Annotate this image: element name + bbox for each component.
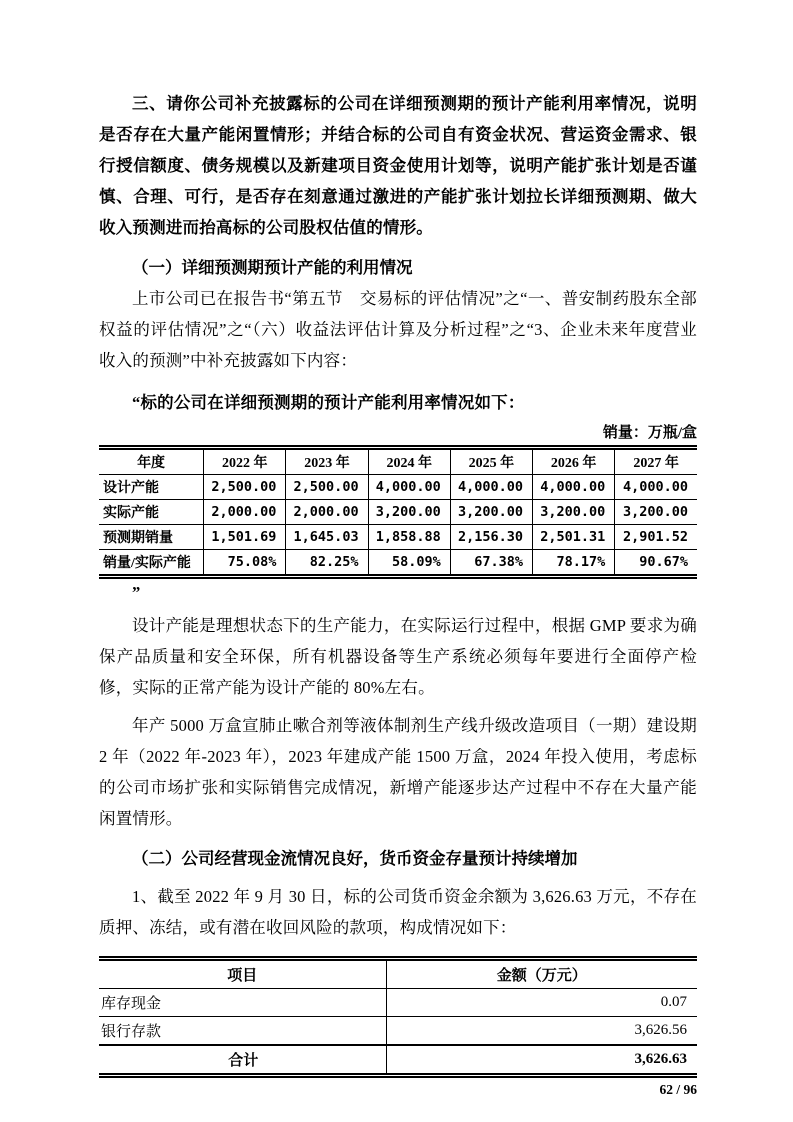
table-cell: 2,901.52 bbox=[615, 525, 697, 550]
table-cell: 3,200.00 bbox=[615, 500, 697, 525]
cash-table-row: 库存现金 0.07 bbox=[99, 989, 697, 1017]
quote-open-line: “标的公司在详细预测期的预计产能利用率情况如下： bbox=[99, 387, 697, 418]
cash-table-total-row: 合计 3,626.63 bbox=[99, 1045, 697, 1076]
table-cell: 2,500.00 bbox=[204, 475, 286, 500]
capacity-header-cell: 2024 年 bbox=[368, 448, 450, 475]
project-construction-paragraph: 年产 5000 万盒宣肺止嗽合剂等液体制剂生产线升级改造项目（一期）建设期 2 … bbox=[99, 710, 697, 834]
capacity-table-row: 设计产能 2,500.00 2,500.00 4,000.00 4,000.00… bbox=[99, 475, 697, 500]
capacity-header-cell: 2027 年 bbox=[615, 448, 697, 475]
row-label: 预测期销量 bbox=[99, 525, 204, 550]
table-cell: 82.25% bbox=[286, 550, 368, 577]
cash-table-row: 银行存款 3,626.56 bbox=[99, 1017, 697, 1046]
quote-close-mark: ” bbox=[99, 582, 697, 604]
table-cell: 1,501.69 bbox=[204, 525, 286, 550]
capacity-table-row: 实际产能 2,000.00 2,000.00 3,200.00 3,200.00… bbox=[99, 500, 697, 525]
table-cell: 0.07 bbox=[386, 989, 697, 1017]
table-unit-note: 销量：万瓶/盒 bbox=[99, 423, 697, 443]
section-1-heading: （一）详细预测期预计产能的利用情况 bbox=[99, 252, 697, 283]
capacity-table-row: 销量/实际产能 75.08% 82.25% 58.09% 67.38% 78.1… bbox=[99, 550, 697, 577]
table-cell: 3,626.56 bbox=[386, 1017, 697, 1046]
table-cell: 78.17% bbox=[533, 550, 615, 577]
table-cell: 3,200.00 bbox=[450, 500, 532, 525]
capacity-utilization-table: 年度 2022 年 2023 年 2024 年 2025 年 2026 年 20… bbox=[99, 445, 697, 579]
table-cell: 2,000.00 bbox=[204, 500, 286, 525]
design-capacity-paragraph: 设计产能是理想状态下的生产能力，在实际运行过程中，根据 GMP 要求为确保产品质… bbox=[99, 610, 697, 703]
capacity-table-row: 预测期销量 1,501.69 1,645.03 1,858.88 2,156.3… bbox=[99, 525, 697, 550]
table-cell: 2,000.00 bbox=[286, 500, 368, 525]
question-paragraph: 三、请你公司补充披露标的公司在详细预测期的预计产能利用率情况，说明是否存在大量产… bbox=[99, 88, 697, 243]
disclosure-reference-paragraph: 上市公司已在报告书“第五节 交易标的评估情况”之“一、普安制药股东全部权益的评估… bbox=[99, 283, 697, 376]
page-content: 三、请你公司补充披露标的公司在详细预测期的预计产能利用率情况，说明是否存在大量产… bbox=[99, 88, 697, 1099]
table-cell: 4,000.00 bbox=[450, 475, 532, 500]
table-cell: 90.67% bbox=[615, 550, 697, 577]
cash-balance-paragraph: 1、截至 2022 年 9 月 30 日，标的公司货币资金余额为 3,626.6… bbox=[99, 881, 697, 943]
row-label: 设计产能 bbox=[99, 475, 204, 500]
table-cell: 2,500.00 bbox=[286, 475, 368, 500]
table-cell: 58.09% bbox=[368, 550, 450, 577]
capacity-header-cell: 2023 年 bbox=[286, 448, 368, 475]
table-cell: 3,200.00 bbox=[533, 500, 615, 525]
table-cell: 1,858.88 bbox=[368, 525, 450, 550]
table-cell: 75.08% bbox=[204, 550, 286, 577]
table-cell: 1,645.03 bbox=[286, 525, 368, 550]
row-label: 合计 bbox=[99, 1045, 386, 1076]
table-cell: 4,000.00 bbox=[368, 475, 450, 500]
capacity-header-cell: 年度 bbox=[99, 448, 204, 475]
cash-table-header-row: 项目 金额（万元） bbox=[99, 959, 697, 989]
capacity-header-cell: 2022 年 bbox=[204, 448, 286, 475]
table-cell: 3,200.00 bbox=[368, 500, 450, 525]
table-cell: 3,626.63 bbox=[386, 1045, 697, 1076]
capacity-header-cell: 2026 年 bbox=[533, 448, 615, 475]
section-2-heading: （二）公司经营现金流情况良好，货币资金存量预计持续增加 bbox=[99, 843, 697, 874]
cash-composition-table: 项目 金额（万元） 库存现金 0.07 银行存款 3,626.56 合计 3,6… bbox=[99, 956, 697, 1078]
table-cell: 67.38% bbox=[450, 550, 532, 577]
page-number: 62 / 96 bbox=[99, 1081, 697, 1099]
row-label: 银行存款 bbox=[99, 1017, 386, 1046]
row-label: 库存现金 bbox=[99, 989, 386, 1017]
table-cell: 2,156.30 bbox=[450, 525, 532, 550]
document-page: 三、请你公司补充披露标的公司在详细预测期的预计产能利用率情况，说明是否存在大量产… bbox=[0, 0, 793, 1122]
table-cell: 4,000.00 bbox=[533, 475, 615, 500]
capacity-header-cell: 2025 年 bbox=[450, 448, 532, 475]
cash-header-cell: 项目 bbox=[99, 959, 386, 989]
row-label: 实际产能 bbox=[99, 500, 204, 525]
capacity-table-header-row: 年度 2022 年 2023 年 2024 年 2025 年 2026 年 20… bbox=[99, 448, 697, 475]
table-cell: 2,501.31 bbox=[533, 525, 615, 550]
row-label: 销量/实际产能 bbox=[99, 550, 204, 577]
table-cell: 4,000.00 bbox=[615, 475, 697, 500]
cash-header-cell: 金额（万元） bbox=[386, 959, 697, 989]
